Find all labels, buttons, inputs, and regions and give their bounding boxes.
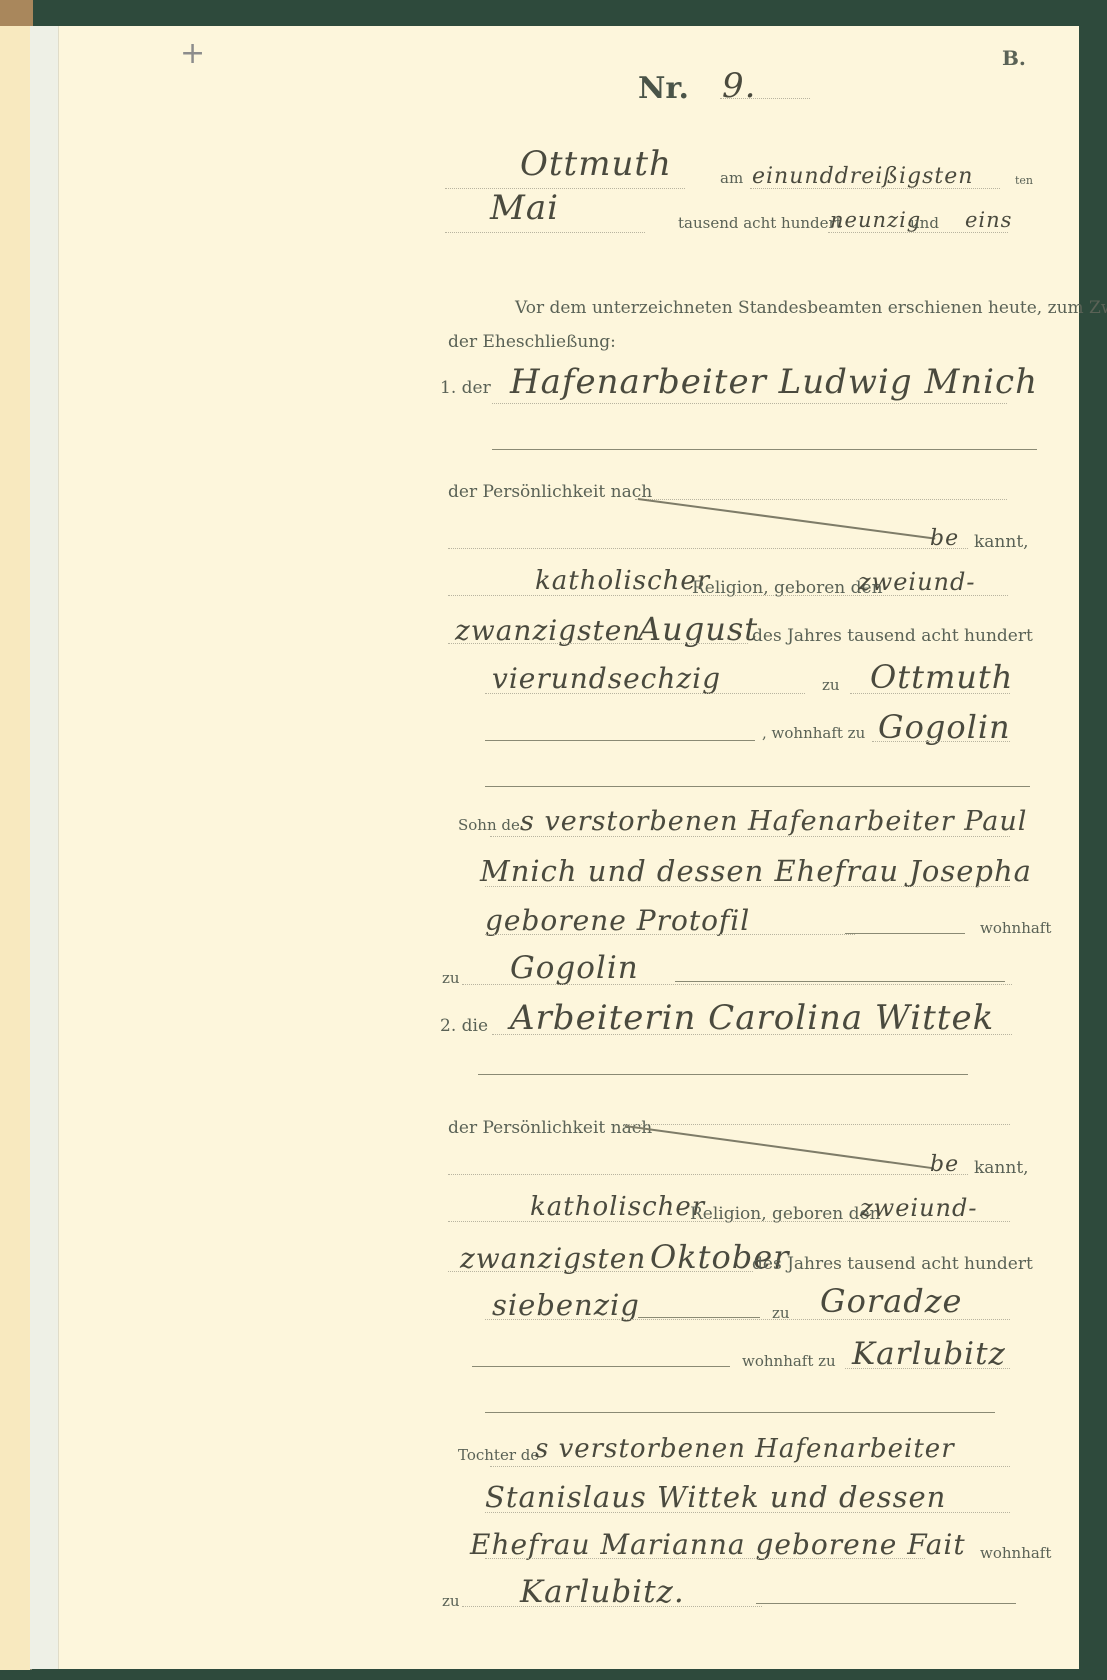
binding-strip	[30, 26, 59, 1669]
bride-birth-place: Goradze	[820, 1282, 962, 1320]
bride-parents-line-2: Stanislaus Wittek und dessen	[485, 1480, 946, 1514]
intro-line-2: der Eheschließung:	[448, 332, 616, 352]
bride-parents-residence-prefix: zu	[442, 1592, 460, 1610]
am-label: am	[720, 169, 743, 187]
groom-identity-label: der Persönlichkeit nach	[448, 482, 652, 502]
bride-parents-label: Tochter de	[458, 1446, 539, 1464]
bride-identity-value: be	[930, 1152, 959, 1177]
groom-birth-place-line	[850, 693, 1010, 694]
intro-line-1: Vor dem unterzeichneten Standesbeamten e…	[515, 298, 1107, 318]
bride-identity-suffix: kannt,	[974, 1158, 1029, 1178]
bride-identity-line	[625, 1124, 1010, 1125]
groom-parents-line-3: geborene Protofil	[485, 904, 750, 937]
groom-identity-strike	[638, 498, 936, 539]
groom-residence-line	[872, 741, 1010, 742]
place-line	[445, 188, 685, 189]
place-value: Ottmuth	[520, 144, 672, 184]
bride-name-line-2	[478, 1074, 968, 1075]
bride-birth-year-label: des Jahres tausend acht hundert	[752, 1254, 1033, 1274]
groom-parents-line-3-rule	[485, 934, 855, 935]
groom-parents-line-1-rule	[490, 836, 1010, 837]
groom-parents-line-2-rule	[485, 886, 1010, 887]
groom-birth-place: Ottmuth	[870, 658, 1013, 696]
adjacent-page-edge-top	[0, 0, 33, 26]
number-value: 9.	[722, 66, 756, 106]
bride-parents-line-2-rule	[485, 1512, 1010, 1513]
groom-section-divider	[485, 786, 1030, 787]
bride-religion: katholischer	[530, 1192, 705, 1222]
month-value: Mai	[490, 188, 559, 228]
groom-birth-year: vierundsechzig	[492, 662, 721, 695]
day-suffix: ten	[1015, 174, 1033, 187]
groom-identity-line	[635, 499, 1007, 500]
bride-blank-line	[472, 1366, 730, 1367]
groom-birth-year-line	[485, 693, 805, 694]
groom-parents-blank	[845, 933, 965, 934]
number-label: Nr.	[638, 71, 689, 106]
groom-name-line	[492, 403, 1007, 404]
bride-residence-label: wohnhaft zu	[742, 1352, 836, 1370]
adjacent-page-edge	[0, 26, 32, 1670]
groom-index-label: 1. der	[440, 378, 491, 398]
year-prefix: tausend acht hundert	[678, 214, 842, 232]
groom-birth-line	[448, 643, 748, 644]
bride-parents-line-1: s verstorbenen Hafenarbeiter	[535, 1434, 955, 1464]
groom-occupation-name: Hafenarbeiter Ludwig Mnich	[510, 362, 1038, 402]
bride-birth-year-blank	[638, 1317, 760, 1318]
groom-religion: katholischer	[535, 566, 710, 596]
bride-birth-year: siebenzig	[492, 1288, 640, 1322]
groom-parents-line-1: s verstorbenen Hafenarbeiter Paul	[520, 806, 1027, 837]
groom-identity-value: be	[930, 526, 959, 551]
bride-parents-residence-rule	[462, 1606, 762, 1607]
bride-identity-label: der Persönlichkeit nach	[448, 1118, 652, 1138]
bride-name-line	[492, 1034, 1012, 1035]
bride-section-divider	[485, 1412, 995, 1413]
bride-identity-line-2	[448, 1174, 968, 1175]
bride-identity-strike	[625, 1125, 932, 1169]
bride-parents-line-1-rule	[490, 1466, 1010, 1467]
groom-birth-year-label: des Jahres tausend acht hundert	[752, 626, 1033, 646]
bride-parents-line-3: Ehefrau Marianna geborene Fait	[470, 1528, 966, 1561]
pencil-mark: +	[180, 36, 205, 71]
number-line	[720, 98, 810, 99]
year-units: eins	[965, 208, 1012, 232]
day-value: einunddreißigsten	[752, 164, 973, 189]
day-line	[750, 188, 1000, 189]
groom-parents-residence-blank	[675, 981, 1005, 982]
bride-index-label: 2. die	[440, 1016, 488, 1036]
groom-religion-line	[448, 595, 1008, 596]
bride-residence: Karlubitz	[852, 1336, 1006, 1372]
bride-birth-place-label: zu	[772, 1304, 790, 1322]
groom-name-line-2	[492, 449, 1037, 450]
groom-residence-label: , wohnhaft zu	[762, 724, 865, 742]
groom-parents-line-2: Mnich und dessen Ehefrau Josepha	[480, 854, 1032, 888]
groom-birth-place-label: zu	[822, 676, 840, 694]
und-label: und	[910, 214, 939, 232]
year-line	[828, 232, 1008, 233]
bride-birth-line	[448, 1271, 753, 1272]
groom-parents-residence-prefix: zu	[442, 969, 460, 987]
bride-birth-day-1: zweiund-	[860, 1194, 977, 1222]
form-letter: B.	[1002, 46, 1026, 70]
bride-residence-line	[845, 1368, 1010, 1369]
groom-identity-suffix: kannt,	[974, 532, 1029, 552]
bride-parents-residence-label: wohnhaft	[980, 1544, 1051, 1562]
bride-parents-residence-blank	[756, 1603, 1016, 1604]
groom-parents-residence-rule	[462, 984, 1012, 985]
bride-parents-residence: Karlubitz.	[520, 1574, 685, 1610]
groom-parents-residence: Gogolin	[510, 950, 639, 986]
groom-parents-residence-label: wohnhaft	[980, 919, 1051, 937]
groom-parents-label: Sohn de	[458, 816, 520, 834]
month-line	[445, 232, 645, 233]
bride-parents-line-3-rule	[485, 1558, 925, 1559]
groom-blank-line	[485, 740, 755, 741]
bride-religion-line	[448, 1221, 1010, 1222]
register-page: + B. Nr. 9. Ottmuth am einunddreißigsten…	[30, 26, 1079, 1669]
groom-birth-day-1: zweiund-	[858, 568, 975, 596]
year-tens: neunzig	[830, 208, 921, 232]
bride-occupation-name: Arbeiterin Carolina Wittek	[510, 998, 994, 1038]
groom-identity-line-2	[448, 548, 968, 549]
